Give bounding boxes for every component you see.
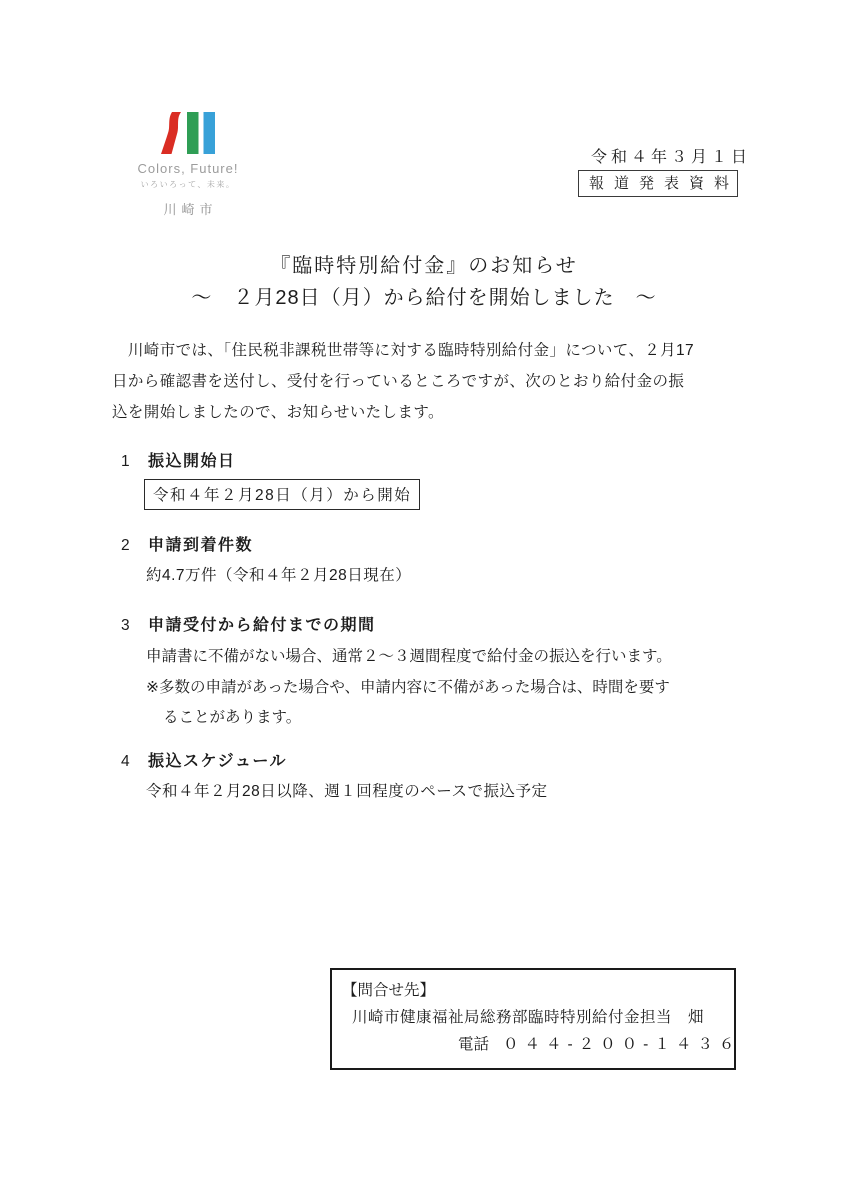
section-title: 申請受付から給付までの期間: [148, 612, 376, 635]
section-number: 2: [121, 537, 148, 555]
section-title: 申請到着件数: [148, 532, 253, 555]
page-title: 『臨時特別給付金』のお知らせ: [0, 249, 848, 278]
section-number: 4: [121, 753, 148, 771]
section-heading: 1 振込開始日: [121, 448, 761, 471]
press-release-page: { "logo": { "brand": "Colors, Future!", …: [0, 0, 848, 1200]
section-application-count: 2 申請到着件数 約4.7万件（令和４年２月28日現在）: [121, 532, 761, 585]
document-date: 令和４年３月１日: [591, 144, 761, 167]
logo-bar-blue-icon: [204, 112, 216, 154]
section-title: 振込開始日: [148, 448, 236, 471]
body-line: 申請書に不備がない場合、通常２～３週間程度で給付金の振込を行います。: [146, 642, 761, 673]
section-title: 振込スケジュール: [148, 748, 287, 771]
intro-paragraph: 川崎市では、「住民税非課税世帯等に対する臨時特別給付金」について、２月17 日か…: [112, 335, 744, 428]
logo-bar-red-icon: [161, 112, 181, 154]
section-heading: 3 申請受付から給付までの期間: [121, 612, 761, 635]
logo-brand-text: Colors, Future!: [118, 161, 258, 176]
transfer-start-date-box: 令和４年２月28日（月）から開始: [144, 479, 420, 510]
phone-number: ０４４-２００-１４３６: [503, 1036, 740, 1053]
page-subtitle: ～ ２月28日（月）から給付を開始しました ～: [0, 281, 848, 310]
application-count-value: 約4.7万件（令和４年２月28日現在）: [146, 563, 761, 585]
intro-line: 川崎市では、「住民税非課税世帯等に対する臨時特別給付金」について、２月17: [112, 335, 744, 366]
logo-brand-subtext: いろいろって、未来。: [118, 179, 258, 190]
body-line: ※多数の申請があった場合や、申請内容に不備があった場合は、時間を要す: [146, 673, 761, 704]
contact-box: 【問合せ先】 川崎市健康福祉局総務部臨時特別給付金担当 畑 電話０４４-２００-…: [330, 968, 736, 1070]
section-processing-period: 3 申請受付から給付までの期間 申請書に不備がない場合、通常２～３週間程度で給付…: [121, 612, 761, 734]
doc-type-box: 報道発表資料: [578, 170, 738, 197]
kawasaki-city-logo: Colors, Future! いろいろって、未来。 川崎市: [118, 112, 258, 218]
contact-label: 【問合せ先】: [342, 977, 724, 1004]
section-heading: 2 申請到着件数: [121, 532, 761, 555]
intro-line: 日から確認書を送付し、受付を行っているところですが、次のとおり給付金の振: [112, 366, 744, 397]
section-transfer-schedule: 4 振込スケジュール 令和４年２月28日以降、週１回程度のペースで振込予定: [121, 748, 761, 801]
section-transfer-start-date: 1 振込開始日 令和４年２月28日（月）から開始: [121, 448, 761, 510]
contact-phone-line: 電話０４４-２００-１４３６: [342, 1031, 724, 1058]
transfer-schedule-value: 令和４年２月28日以降、週１回程度のペースで振込予定: [146, 779, 761, 801]
intro-line: 込を開始しましたので、お知らせいたします。: [112, 397, 744, 428]
phone-label: 電話: [458, 1036, 489, 1053]
contact-department: 川崎市健康福祉局総務部臨時特別給付金担当 畑: [342, 1004, 724, 1031]
body-line: ることがあります。: [146, 703, 761, 734]
section-number: 1: [121, 453, 148, 471]
section-heading: 4 振込スケジュール: [121, 748, 761, 771]
processing-period-text: 申請書に不備がない場合、通常２～３週間程度で給付金の振込を行います。 ※多数の申…: [146, 642, 761, 734]
logo-city-name: 川崎市: [118, 199, 258, 218]
logo-bar-green-icon: [187, 112, 199, 154]
section-number: 3: [121, 617, 148, 635]
kawasaki-logo-mark: [159, 112, 217, 154]
